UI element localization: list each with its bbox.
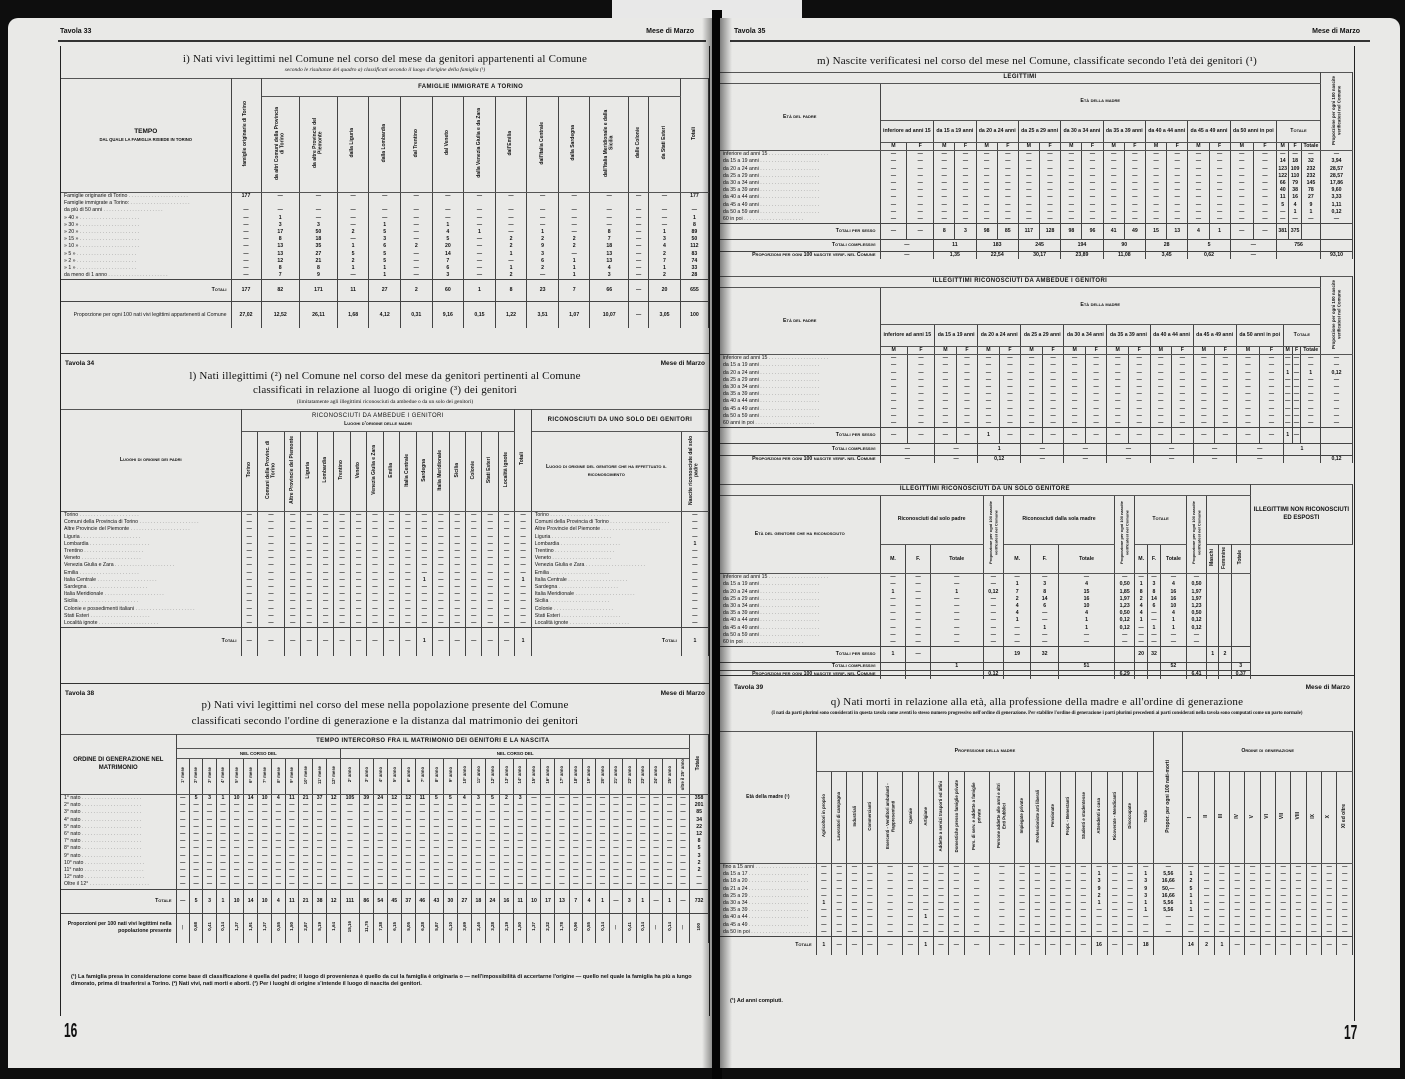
order-value: —: [1306, 929, 1321, 937]
cell-value: —: [485, 817, 499, 824]
cell-value: —: [231, 207, 261, 214]
total-value: 16: [499, 889, 513, 913]
cell-value: —: [1188, 187, 1209, 194]
cell-value: —: [978, 391, 1000, 398]
female-total: —: [1292, 355, 1301, 363]
cell-value: —: [464, 215, 496, 222]
interval-column: 22° anno: [623, 759, 636, 795]
cell-value: —: [498, 519, 514, 526]
cell-value: —: [832, 886, 847, 893]
cell-value: —: [449, 534, 465, 541]
female-total: —: [1292, 370, 1301, 377]
proportion-label: Proporzioni per 100 nati vivi legittimi …: [61, 913, 176, 943]
cell-value: —: [433, 526, 449, 533]
cell-value: —: [471, 824, 485, 831]
cell-value: —: [495, 215, 527, 222]
cell-value: —: [416, 526, 432, 533]
tavola-38-title-1: p) Nati vivi legittimi nel corso del mes…: [61, 699, 709, 711]
cell-value: —: [257, 519, 284, 526]
row-label-right: Altre Provincie del Piemonte: [531, 526, 681, 533]
cell-value: —: [416, 541, 432, 548]
cell-value: —: [997, 158, 1018, 165]
cell-value: —: [649, 838, 662, 845]
cell-value: —: [999, 391, 1021, 398]
cell-value: —: [907, 406, 934, 413]
cell-value: —: [241, 512, 257, 520]
cell-value: —: [628, 265, 648, 272]
cell-value: —: [1060, 886, 1075, 893]
proportion-value: 1,50: [513, 913, 527, 943]
cell-value: —: [367, 512, 383, 520]
cell-value: 1: [816, 900, 831, 907]
cell-value: [337, 200, 369, 207]
grand-total: 1: [1283, 444, 1320, 456]
cell-value: —: [465, 570, 481, 577]
cell-value: —: [317, 606, 333, 613]
order-value: —: [1276, 907, 1291, 914]
cell-value: —: [244, 824, 258, 831]
cell-value: —: [983, 632, 1003, 639]
cell-value: —: [569, 867, 582, 874]
order-value: —: [1214, 871, 1229, 878]
proportion-value: 3,94: [1321, 158, 1353, 165]
total-value: —: [1014, 937, 1029, 955]
cell-value: —: [301, 584, 317, 591]
cell-value: —: [1128, 420, 1150, 428]
cell-value: —: [1122, 886, 1137, 893]
cell-value: —: [681, 591, 708, 598]
proportion-value: 2,87: [299, 913, 313, 943]
total-value: —: [964, 937, 989, 955]
row-label: da meno di 1 anno: [61, 272, 231, 280]
cell-value: —: [681, 577, 708, 584]
cell-value: —: [433, 548, 449, 555]
cell-value: —: [203, 845, 216, 852]
cell-value: —: [513, 853, 527, 860]
female-total: 1: [1289, 209, 1301, 216]
cell-value: —: [272, 860, 285, 867]
cell-value: —: [978, 420, 1000, 428]
cell-value: —: [244, 860, 258, 867]
cell-value: —: [359, 824, 373, 831]
cell-value: —: [1172, 370, 1194, 377]
cell-value: —: [400, 207, 432, 214]
table-row: Colonie e possedimenti italiani—————————…: [61, 606, 709, 613]
tavola-33-subtitle: secondo le risultanze del quadro a) clas…: [61, 67, 709, 73]
cell-value: —: [623, 867, 636, 874]
row-label: da 50 a 59 anni: [720, 209, 880, 216]
total-value: —: [880, 428, 907, 444]
cell-value: —: [367, 591, 383, 598]
cell-value: —: [1061, 194, 1082, 201]
female-total: —: [1292, 391, 1301, 398]
row-total: 2: [690, 860, 709, 867]
cell-value: —: [449, 577, 465, 584]
cell-value: —: [1082, 194, 1103, 201]
order-value: —: [1306, 871, 1321, 878]
proportion-value: 0,96: [569, 913, 582, 943]
cell-value: —: [241, 598, 257, 605]
total-value: —: [1085, 428, 1107, 444]
total-value: [1115, 663, 1135, 671]
cell-value: —: [907, 216, 934, 224]
cell-value: 3: [513, 795, 527, 803]
cell-value: —: [989, 871, 1014, 878]
cell-value: —: [862, 922, 877, 929]
cell-value: 4: [590, 265, 629, 272]
cell-value: —: [1260, 406, 1284, 413]
cell-value: —: [465, 613, 481, 620]
cell-value: —: [449, 584, 465, 591]
cell-value: —: [272, 831, 285, 838]
cell-value: —: [457, 860, 471, 867]
cell-value: —: [317, 570, 333, 577]
male-total: 5: [1277, 202, 1289, 209]
order-value: —: [1199, 886, 1214, 893]
cell-value: —: [230, 867, 244, 874]
row-label: Famiglie originarie di Torino: [61, 193, 231, 201]
col-totale: Totale: [690, 735, 709, 795]
cell-value: —: [337, 193, 369, 201]
proportion-value: 6,15: [387, 913, 401, 943]
cell-value: —: [1064, 362, 1086, 369]
cell-value: —: [416, 591, 432, 598]
cell-value: —: [471, 817, 485, 824]
cell-value: —: [1260, 384, 1284, 391]
cell-value: —: [816, 886, 831, 893]
cell-value: 11: [285, 795, 299, 803]
cell-value: —: [663, 795, 676, 803]
cell-value: —: [1107, 355, 1129, 363]
male-total: —: [1283, 406, 1292, 413]
total-value: —: [241, 628, 257, 656]
cell-value: —: [1236, 391, 1260, 398]
cell-value: —: [878, 878, 903, 885]
order-value: —: [1291, 929, 1306, 937]
cell-value: —: [337, 207, 369, 214]
cell-value: —: [999, 377, 1021, 384]
cell-value: —: [541, 853, 555, 860]
cell-value: —: [350, 541, 366, 548]
cell-value: —: [918, 907, 933, 914]
order-value: —: [1214, 893, 1229, 900]
cell-value: —: [933, 929, 948, 937]
cell-value: —: [596, 831, 609, 838]
cell-value: —: [609, 809, 622, 816]
cell-value: [1219, 574, 1231, 582]
cell-value: —: [515, 584, 531, 591]
cell-value: —: [258, 817, 272, 824]
cell-value: —: [964, 886, 989, 893]
cell-value: —: [1076, 907, 1091, 914]
column-header: Comuni della Provinc. di Torino: [257, 432, 284, 512]
cell-value: —: [903, 893, 918, 900]
cell-value: —: [327, 831, 341, 838]
cell-value: —: [1148, 617, 1161, 624]
cell-value: —: [429, 809, 443, 816]
order-col: VI: [1260, 772, 1275, 864]
cell-value: —: [1058, 574, 1114, 582]
order-total: —: [1322, 937, 1337, 955]
cell-value: 1,97: [1115, 596, 1135, 603]
cell-value: —: [989, 900, 1014, 907]
illegittimi-ambedue-header: ILLEGITTIMI RICONOSCIUTI DA AMBEDUE I GE…: [720, 277, 1321, 288]
order-value: —: [1291, 922, 1306, 929]
cell-value: —: [1107, 907, 1122, 914]
cell-value: —: [1160, 639, 1186, 647]
cell-value: —: [401, 824, 415, 831]
cell-value: —: [272, 867, 285, 874]
table-row: 8° nato—————————————————————————————————…: [61, 845, 709, 852]
tavola-33-title: i) Nati vivi legittimi nel Comune nel co…: [61, 53, 709, 65]
cell-value: —: [285, 591, 301, 598]
cell-value: —: [369, 215, 401, 222]
row-label: da 35 a 39 anni: [720, 187, 880, 194]
total-value: —: [907, 428, 934, 444]
total-value: —: [1150, 428, 1172, 444]
profession-col: Ricoverate - Mendicanti: [1107, 772, 1122, 864]
total-value: 7: [558, 280, 590, 302]
total-value: —: [878, 937, 903, 955]
cell-value: —: [1135, 639, 1148, 647]
male-col: M: [880, 143, 907, 151]
profession-col: Lavoratori di campagna: [832, 772, 847, 864]
table-row: da 35 a 39 anni——————————————————————: [720, 391, 1353, 398]
cell-value: —: [1082, 173, 1103, 180]
cell-value: 2: [649, 272, 681, 280]
cell-value: —: [955, 151, 976, 159]
male-total: 123: [1277, 166, 1289, 173]
cell-value: 10: [1058, 603, 1114, 610]
cell-value: —: [934, 151, 955, 159]
cell-value: —: [189, 853, 202, 860]
mother-age-col: da 15 a 19 anni: [934, 121, 976, 143]
total-value: —: [935, 444, 978, 456]
table-row: da 50 a 59 anni——————————————————————: [720, 413, 1353, 420]
cell-value: —: [956, 398, 978, 405]
table-row: inferiore ad anni 15————————————: [720, 574, 1353, 582]
total-value: 13: [555, 889, 569, 913]
interval-column: 7° mese: [258, 759, 272, 795]
cell-value: —: [1260, 391, 1284, 398]
order-value: —: [1260, 878, 1275, 885]
illegittimi-un-genitore-header: ILLEGITTIMI RICONOSCIUTI DA UN SOLO GENI…: [720, 485, 1250, 496]
cell-value: —: [663, 867, 676, 874]
cell-value: —: [623, 831, 636, 838]
cell-value: —: [387, 802, 401, 809]
cell-value: 0,50: [1115, 581, 1135, 588]
cell-value: —: [465, 534, 481, 541]
cell-value: —: [949, 878, 964, 885]
proportion-value: 3,33: [1321, 194, 1353, 201]
cell-value: —: [582, 853, 595, 860]
cell-value: —: [313, 824, 327, 831]
cell-value: 20: [432, 243, 464, 250]
cell-value: —: [300, 207, 338, 214]
cell-value: —: [1107, 929, 1122, 937]
totale-col: Totale: [1283, 325, 1320, 347]
cell-value: —: [1230, 151, 1253, 159]
cell-value: —: [1014, 914, 1029, 921]
cell-value: —: [415, 831, 429, 838]
order-value: —: [1337, 878, 1353, 885]
cell-value: —: [359, 881, 373, 889]
cell-value: —: [261, 193, 300, 201]
cell-value: —: [1060, 871, 1075, 878]
male-total: 11: [1277, 194, 1289, 201]
cell-value: —: [934, 158, 955, 165]
total-value: —: [628, 280, 648, 302]
cell-value: —: [555, 802, 569, 809]
cell-value: 2: [1003, 596, 1031, 603]
profession-col: Industriali: [847, 772, 862, 864]
cell-value: —: [1060, 878, 1075, 885]
cell-value: —: [1230, 194, 1253, 201]
order-value: —: [1276, 900, 1291, 907]
cell-value: —: [832, 871, 847, 878]
totals-label: Totale: [720, 937, 816, 955]
cell-value: —: [816, 929, 831, 937]
cell-value: [680, 200, 708, 207]
cell-value: 14: [1031, 596, 1059, 603]
cell-value: —: [299, 809, 313, 816]
cell-value: —: [495, 222, 527, 229]
cell-value: —: [485, 809, 499, 816]
prop-col-header: Propor. per ogni 100 nati-morti: [1154, 732, 1183, 864]
cell-value: —: [301, 548, 317, 555]
cell-value: 2: [400, 243, 432, 250]
cell-value: 74: [680, 258, 708, 265]
total-value: —: [1253, 224, 1276, 240]
cell-value: —: [341, 853, 360, 860]
interval-column: 14° anno: [513, 759, 527, 795]
cell-value: —: [401, 831, 415, 838]
cell-value: —: [449, 620, 465, 628]
total-value: [906, 663, 930, 671]
row-label: da 35 a 39 anni: [720, 391, 880, 398]
cell-value: —: [482, 620, 498, 628]
order-value: —: [1276, 929, 1291, 937]
cell-value: —: [1021, 370, 1043, 377]
proportion-value: 0,68: [189, 913, 202, 943]
cell-value: —: [482, 534, 498, 541]
cell-value: —: [816, 922, 831, 929]
order-value: —: [1322, 907, 1337, 914]
cell-value: —: [513, 802, 527, 809]
row-total: 358: [690, 795, 709, 803]
total-value: —: [350, 628, 366, 656]
cell-value: —: [880, 398, 907, 405]
order-value: —: [1276, 864, 1291, 872]
cell-value: —: [1085, 355, 1107, 363]
cell-value: —: [367, 620, 383, 628]
total-value: —: [400, 628, 416, 656]
cell-value: —: [569, 817, 582, 824]
cell-value: —: [1076, 878, 1091, 885]
proportion-value: 1,22: [495, 302, 527, 328]
cell-value: —: [935, 384, 957, 391]
cell-value: 2: [499, 795, 513, 803]
cell-value: —: [230, 860, 244, 867]
cell-value: —: [1215, 362, 1237, 369]
order-value: —: [1337, 864, 1353, 872]
cell-value: —: [609, 860, 622, 867]
cell-value: —: [498, 512, 514, 520]
female-col: F: [1253, 143, 1276, 151]
cell-value: —: [285, 613, 301, 620]
cell-value: —: [880, 158, 907, 165]
cell-value: —: [299, 831, 313, 838]
total-value: —: [949, 937, 964, 955]
cell-value: —: [636, 860, 649, 867]
totals-per-sex-label: Totali per sesso: [720, 647, 880, 663]
cell-value: —: [359, 831, 373, 838]
cell-value: —: [373, 853, 387, 860]
cell-value: —: [387, 853, 401, 860]
cell-value: —: [1124, 166, 1145, 173]
cell-value: —: [443, 853, 457, 860]
cell-value: —: [334, 548, 350, 555]
order-col: I: [1183, 772, 1199, 864]
table-row: Famiglie immigrate a Torino:: [61, 200, 709, 207]
non-ricon-col: Totale: [1231, 545, 1250, 574]
proportion-value: 5,19: [313, 913, 327, 943]
cell-value: —: [989, 922, 1014, 929]
cell-value: —: [832, 922, 847, 929]
row-label: 60 in poi: [720, 639, 880, 647]
cell-value: —: [663, 809, 676, 816]
male-col: M: [1064, 347, 1086, 355]
cell-value: 4: [1135, 610, 1148, 617]
cell-value: 3: [203, 795, 216, 803]
cell-value: —: [623, 853, 636, 860]
cell-value: —: [1138, 929, 1154, 937]
proportion-value: 10,07: [590, 302, 629, 328]
cell-value: —: [401, 809, 415, 816]
cell-value: —: [976, 173, 997, 180]
total-value: —: [1045, 937, 1060, 955]
cell-value: —: [1128, 370, 1150, 377]
row-label: 8° nato: [61, 845, 176, 852]
cell-value: —: [1167, 158, 1188, 165]
proportion-value: —: [1150, 456, 1193, 464]
cell-value: [1219, 581, 1231, 588]
order-value: —: [1291, 864, 1306, 872]
cell-value: 13: [590, 258, 629, 265]
order-value: —: [1183, 929, 1199, 937]
order-value: —: [1306, 907, 1321, 914]
cell-value: —: [1193, 406, 1215, 413]
tavola-35-title: m) Nascite verificatesi nel corso del me…: [720, 55, 1354, 67]
proportion-row: Proporzioni per ogni 100 nascite verif. …: [720, 252, 1353, 260]
cell-value: —: [1045, 864, 1060, 872]
cell-value: [1207, 625, 1219, 632]
cell-value: —: [903, 914, 918, 921]
cell-value: —: [367, 562, 383, 569]
order-col: X: [1322, 772, 1337, 864]
cell-value: 1,23: [1186, 603, 1206, 610]
proportion-value: 16,66: [1154, 878, 1183, 885]
cell-value: —: [1236, 362, 1260, 369]
cell-value: —: [341, 824, 360, 831]
cell-value: —: [515, 534, 531, 541]
male-total: —: [1283, 398, 1292, 405]
order-value: —: [1322, 886, 1337, 893]
order-col: V: [1245, 772, 1260, 864]
illegittimi-ambedue-table: ILLEGITTIMI RICONOSCIUTI DA AMBEDUE I GE…: [720, 276, 1353, 463]
proportion-value: —: [1321, 355, 1353, 363]
cell-value: —: [1039, 166, 1060, 173]
